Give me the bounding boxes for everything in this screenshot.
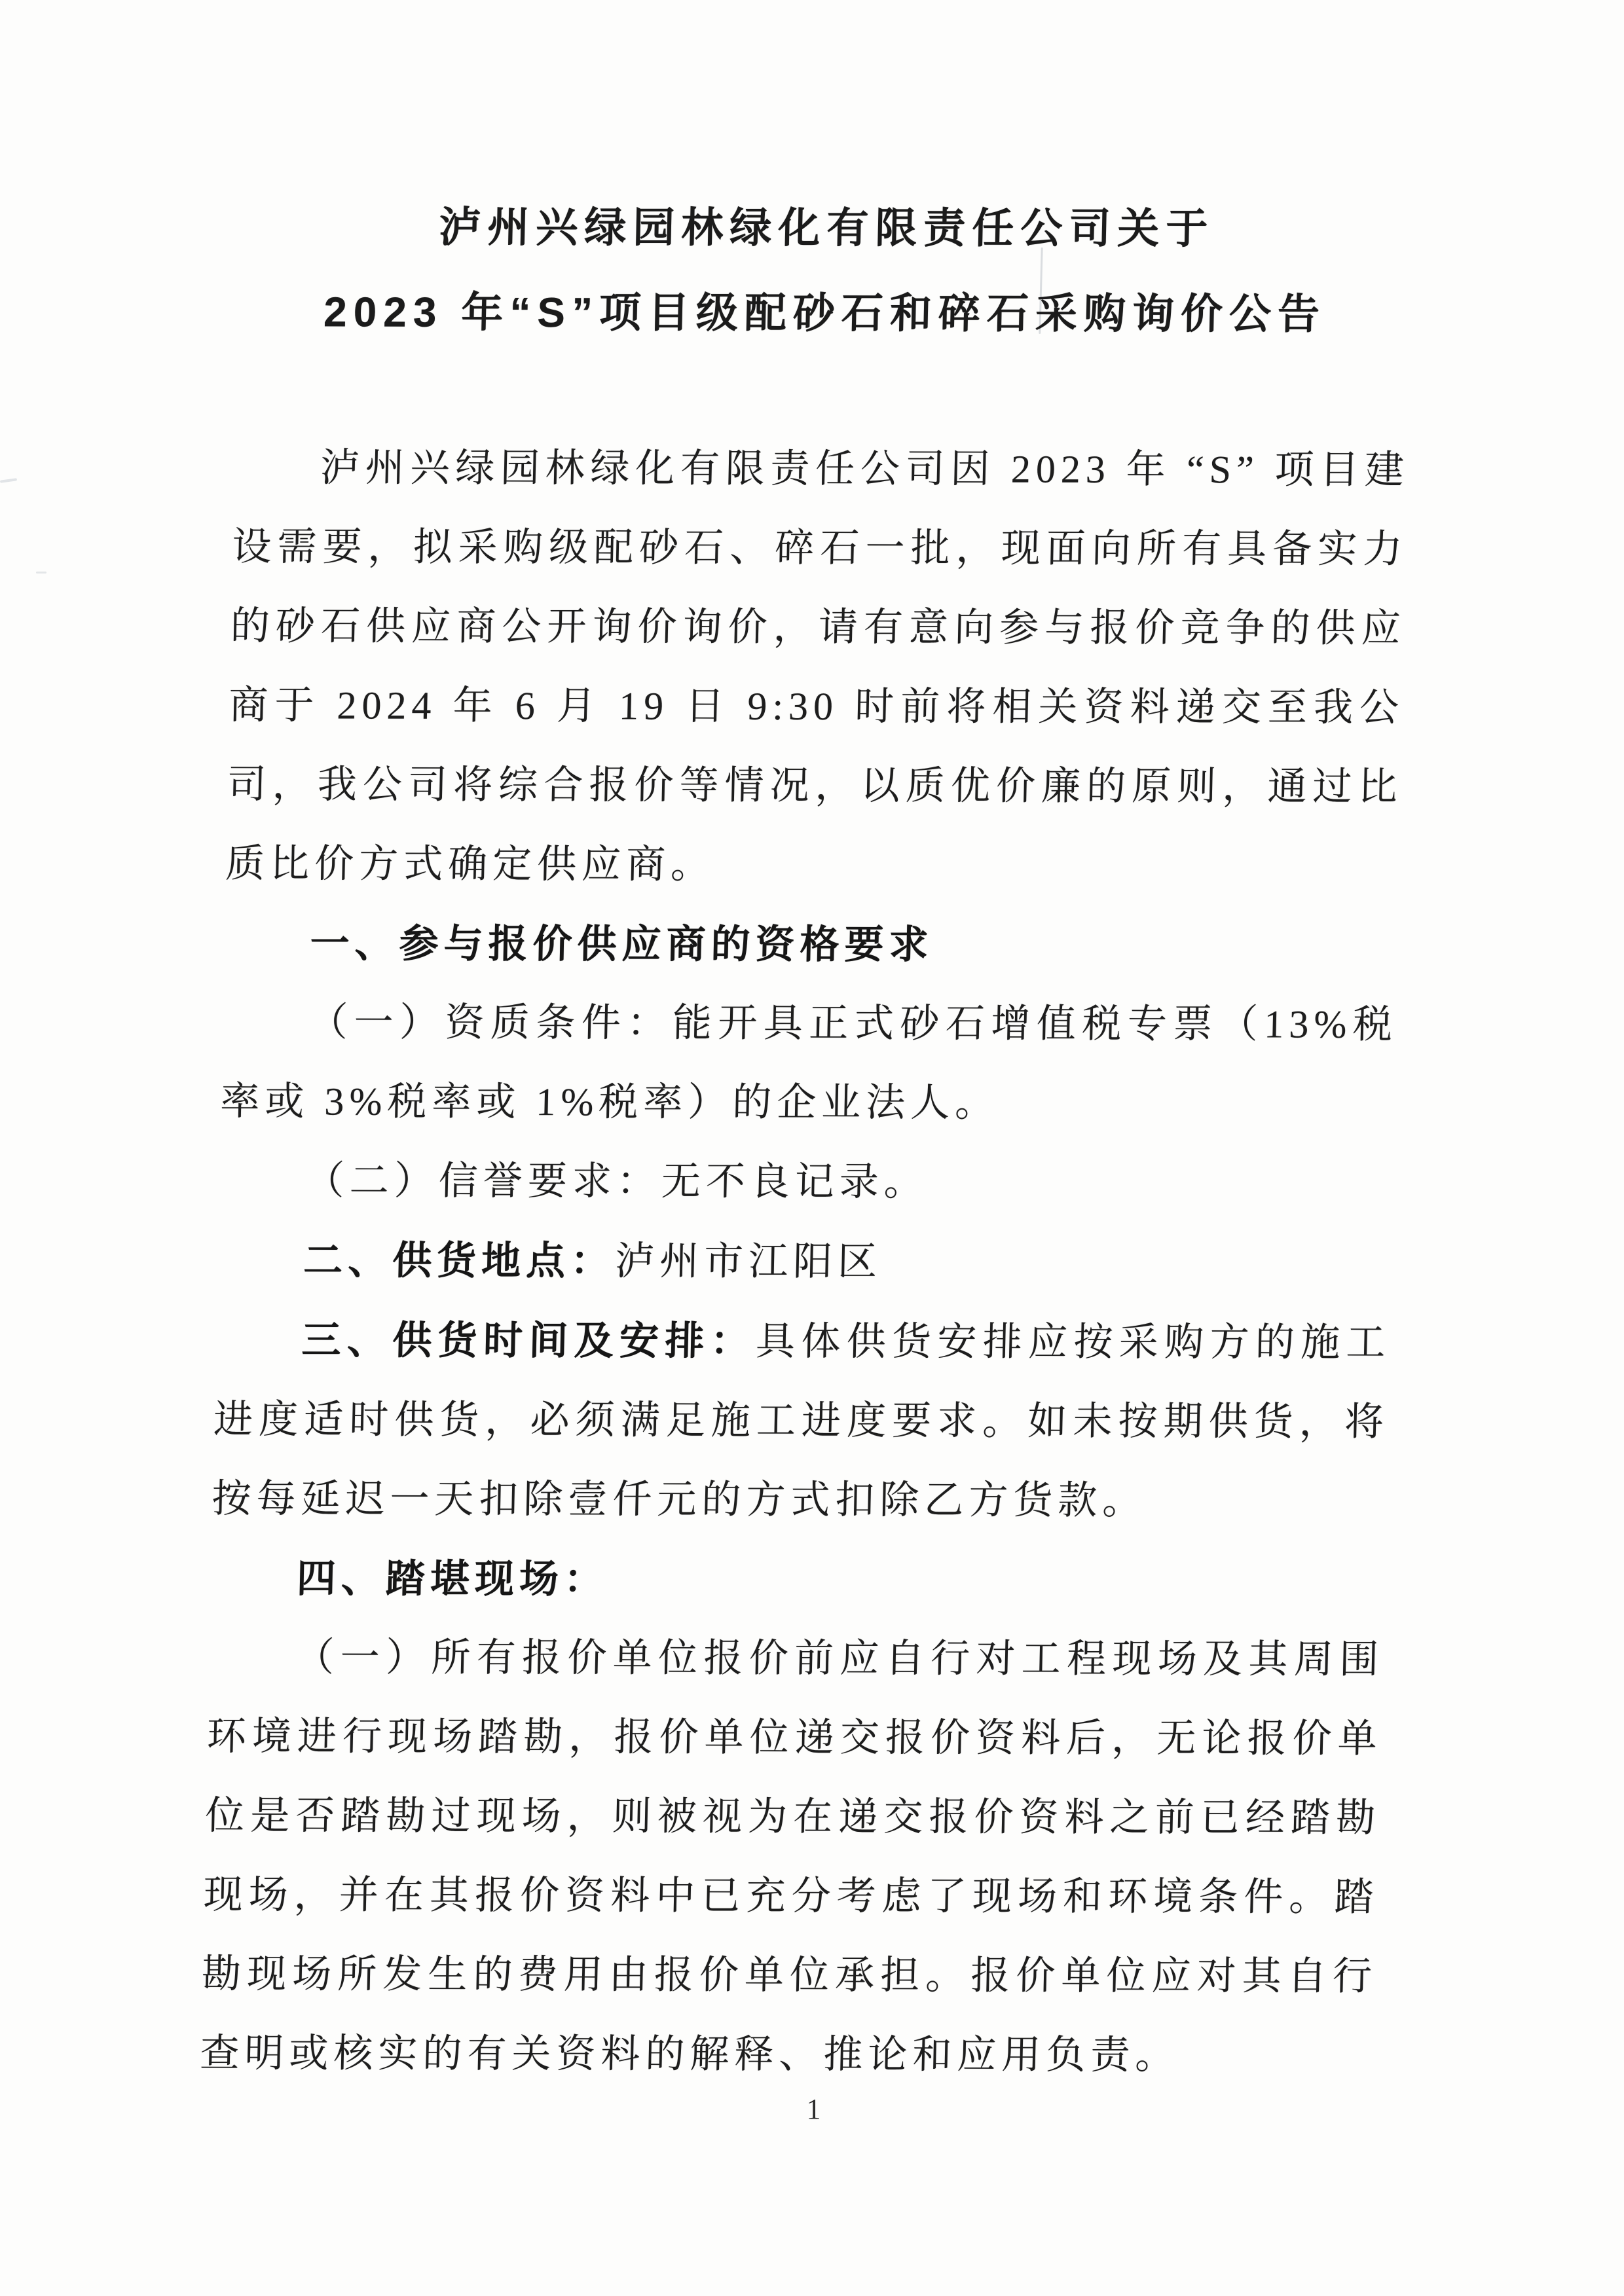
scanned-document-page: 泸州兴绿园林绿化有限责任公司关于 2023 年“S”项目级配砂石和碎石采购询价公… — [0, 0, 1624, 2296]
section-2-text: 泸州市江阳区 — [615, 1239, 883, 1283]
document-title-block: 泸州兴绿园林绿化有限责任公司关于 2023 年“S”项目级配砂石和碎石采购询价公… — [236, 184, 1415, 357]
section-2-paragraph: 二、供货地点：泸州市江阳区 — [216, 1220, 1393, 1303]
page-number: 1 — [226, 2092, 1401, 2126]
document-content: 泸州兴绿园林绿化有限责任公司关于 2023 年“S”项目级配砂石和碎石采购询价公… — [199, 0, 1419, 2096]
document-title-line-2: 2023 年“S”项目级配砂石和碎石采购询价公告 — [236, 269, 1414, 357]
scan-artifact-dash — [36, 572, 46, 574]
section-1-item-2: （二）信誉要求：无不良记录。 — [218, 1141, 1395, 1223]
section-4-item-1: （一）所有报价单位报价前应自行对工程现场及其周围环境进行现场踏勘，报价单位递交报… — [199, 1618, 1384, 2096]
scan-artifact-dash — [0, 478, 17, 483]
intro-paragraph: 泸州兴绿园林绿化有限责任公司因 2023 年 “S” 项目建设需要，拟采购级配砂… — [225, 428, 1410, 906]
section-1-item-1: （一）资质条件：能开具正式砂石增值税专票（13%税率或 3%税率或 1%税率）的… — [219, 983, 1398, 1144]
section-4-heading: 四、踏堪现场： — [210, 1539, 1387, 1620]
section-2-heading-label: 二、供货地点： — [303, 1238, 616, 1283]
section-3-paragraph: 三、供货时间及安排：具体供货安排应按采购方的施工进度适时供货，必须满足施工进度要… — [211, 1300, 1392, 1541]
section-3-heading-label: 三、供货时间及安排： — [301, 1318, 756, 1362]
section-1-heading: 一、参与报价供应商的资格要求 — [223, 903, 1400, 985]
document-title-line-1: 泸州兴绿园林绿化有限责任公司关于 — [238, 184, 1415, 272]
scan-artifact-squiggle — [11, 1085, 41, 1105]
